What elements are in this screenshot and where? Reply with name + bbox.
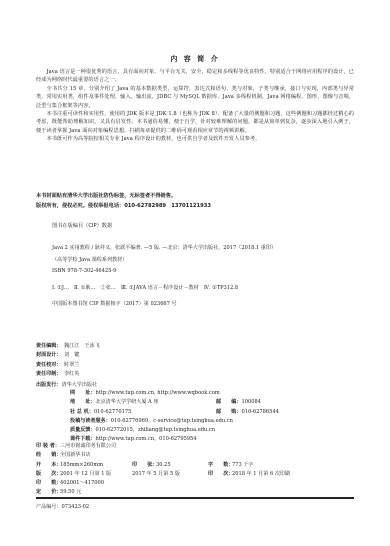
field-label: 产品编号： xyxy=(36,504,61,510)
spec-word-count: 字 数：773 千字 xyxy=(208,461,254,470)
field-label: 邮 购： xyxy=(216,409,241,415)
field-label: 版 次： xyxy=(36,470,60,479)
field-label: 投稿与读者服务： xyxy=(70,418,111,424)
publisher-switchboard: 社 总 机：010-62770175 邮 购：010-62786544 xyxy=(70,408,233,417)
field-value: 073423-02 xyxy=(61,504,89,510)
staff-print-supervisor: 责任印制：李红英 xyxy=(36,370,100,379)
field-label: 印 次： xyxy=(208,470,232,479)
anti-counterfeit-notice: 本书封面贴有清华大学出版社防伪标签，无标签者不得销售。 xyxy=(36,192,176,199)
publisher-website: 网 址：http://www.tup.com.cn, http://www.wq… xyxy=(70,389,233,398)
summary-title: 内 容 简 介 xyxy=(0,54,390,64)
staff-value: 李红英 xyxy=(64,371,79,377)
summary-paragraph-1: Java 语言是一种很优秀的语言，具有面向对象，与平台无关，安全，稳定和多线程等… xyxy=(36,68,354,85)
field-value: 010-62786544 xyxy=(241,409,278,415)
field-value: 402001～417000 xyxy=(60,480,104,486)
staff-credits: 责任编辑：魏江江 王冰飞 封面设计：刘 键 责任校对：时翠兰 责任印制：李红英 xyxy=(36,342,100,379)
staff-proofreader: 责任校对：时翠兰 xyxy=(36,361,100,370)
cip-line-classification: Ⅰ. ①J… Ⅱ. ①耿… ②张… Ⅲ. ①JAVA 语言－程序设计－教材 Ⅳ.… xyxy=(52,284,238,291)
field-value: 185mm×260mm xyxy=(60,462,103,468)
cip-line-title: Java 2 实用教程 / 耿祥义，张跃平编著. —5 版. —北京：清华大学出… xyxy=(52,244,276,251)
field-value: 773 千字 xyxy=(232,462,254,468)
field-value: 全国新华书店 xyxy=(60,452,91,458)
summary-paragraph-3: 本书注重可读性和实用性，使用的 JDK 版本是 JDK 1.8（也称为 JDK … xyxy=(36,110,354,135)
cip-line-record-number: 中国版本图书馆 CIP 数据核字（2017）第 023667 号 xyxy=(52,300,177,307)
field-label: 经 销： xyxy=(36,451,60,460)
spec-print-run: 印 数：402001～417000 xyxy=(36,479,116,488)
field-value: 010-62776969，c-service@tup.tsinghua.edu.… xyxy=(111,418,233,424)
field-label: 网 址： xyxy=(70,390,95,396)
summary-paragraph-2: 全书共分 15 章，分别介绍了 Java 的基本数据类型，运算符，表达式和语句，… xyxy=(36,85,354,110)
print-specs: 印 装 者：三河市铭诚印务有限公司 经 销：全国新华书店 开 本：185mm×2… xyxy=(36,442,116,498)
field-label: 邮 编： xyxy=(216,399,241,405)
product-code: 产品编号：073423-02 xyxy=(36,503,89,510)
cip-line-series: （高等学校 Java 课程系列教材） xyxy=(52,256,127,263)
field-label: 地 址： xyxy=(70,399,95,405)
copyright-notice: 版权所有，侵权必究。侵权举报电话：010-62782989 1370112193… xyxy=(36,202,211,209)
publisher-info: 网 址：http://www.tup.com.cn, http://www.wq… xyxy=(70,389,233,445)
spec-printer: 印 装 者：三河市铭诚印务有限公司 xyxy=(36,442,116,451)
spec-distributor: 经 销：全国新华书店 xyxy=(36,451,116,460)
field-label: 质量反馈： xyxy=(70,427,95,433)
field-label: 开 本： xyxy=(36,461,60,470)
postal-code: 邮 编：100084 xyxy=(216,398,261,407)
reader-service: 投稿与读者服务：010-62776969，c-service@tup.tsing… xyxy=(70,417,233,426)
staff-value: 时翠兰 xyxy=(64,362,79,368)
publisher-name: 清华大学出版社 xyxy=(61,382,97,388)
staff-value: 刘 键 xyxy=(64,352,79,358)
cip-heading: 图书在版编目（CIP）数据 xyxy=(52,222,112,229)
field-label: 字 数： xyxy=(208,461,232,470)
spec-edition-current: 2017 年 5 月第 5 版 xyxy=(132,470,180,479)
publisher-label: 出版发行： xyxy=(36,382,61,388)
spec-edition: 版 次：2001 年 12 月第 1 版 2017 年 5 月第 5 版 印 次… xyxy=(36,470,116,479)
field-value: 2018 年 1 月第 6 次印刷 xyxy=(232,471,290,477)
quality-feedback: 质量反馈：010-62772015，zhiliang@tup.tsinghua.… xyxy=(70,426,233,435)
field-label: 印 数： xyxy=(36,479,60,488)
field-value: 100084 xyxy=(241,399,260,405)
summary-paragraph-4: 本书既可作为高等院校相关专业 Java 程序设计的教材，也可供自学者及软件开发人… xyxy=(36,135,354,143)
publisher-address: 地 址：北京清华大学学研大厦 A 座 邮 编：100084 xyxy=(70,398,233,407)
field-value: 59.50 元 xyxy=(60,489,81,495)
field-value: 30.25 xyxy=(156,462,171,468)
publisher-line: 出版发行：清华大学出版社 xyxy=(36,381,97,388)
field-label: 印 装 者： xyxy=(36,442,60,451)
copyright-page: 内 容 简 介 Java 语言是一种很优秀的语言，具有面向对象，与平台无关，安全… xyxy=(0,0,390,546)
staff-label: 责任校对： xyxy=(36,361,64,370)
field-value: http://www.tup.com.cn, http://www.wqbook… xyxy=(95,390,219,396)
spec-format: 开 本：185mm×260mm 印 张：30.25 字 数：773 千字 xyxy=(36,461,116,470)
field-value: 010-62772015，zhiliang@tup.tsinghua.edu.c… xyxy=(95,427,215,433)
staff-label: 封面设计： xyxy=(36,351,64,360)
staff-label: 责任印制： xyxy=(36,370,64,379)
mail-order: 邮 购：010-62786544 xyxy=(216,408,279,417)
field-value: 北京清华大学学研大厦 A 座 xyxy=(95,399,158,405)
field-value: 010-62770175 xyxy=(94,409,131,415)
field-label: 社 总 机： xyxy=(70,409,94,415)
field-value: 三河市铭诚印务有限公司 xyxy=(60,443,116,449)
cip-line-isbn: ISBN 978-7-302-46425-9 xyxy=(52,268,116,274)
field-label: 印 张： xyxy=(132,461,156,470)
field-value: 2001 年 12 月第 1 版 xyxy=(60,471,111,477)
staff-editor: 责任编辑：魏江江 王冰飞 xyxy=(36,342,100,351)
staff-value: 魏江江 王冰飞 xyxy=(64,343,100,349)
staff-cover-design: 封面设计：刘 键 xyxy=(36,351,100,360)
spec-printing: 印 次：2018 年 1 月第 6 次印刷 xyxy=(208,470,290,479)
spec-sheets: 印 张：30.25 xyxy=(132,461,171,470)
staff-label: 责任编辑： xyxy=(36,342,64,351)
divider-rule xyxy=(36,497,354,499)
